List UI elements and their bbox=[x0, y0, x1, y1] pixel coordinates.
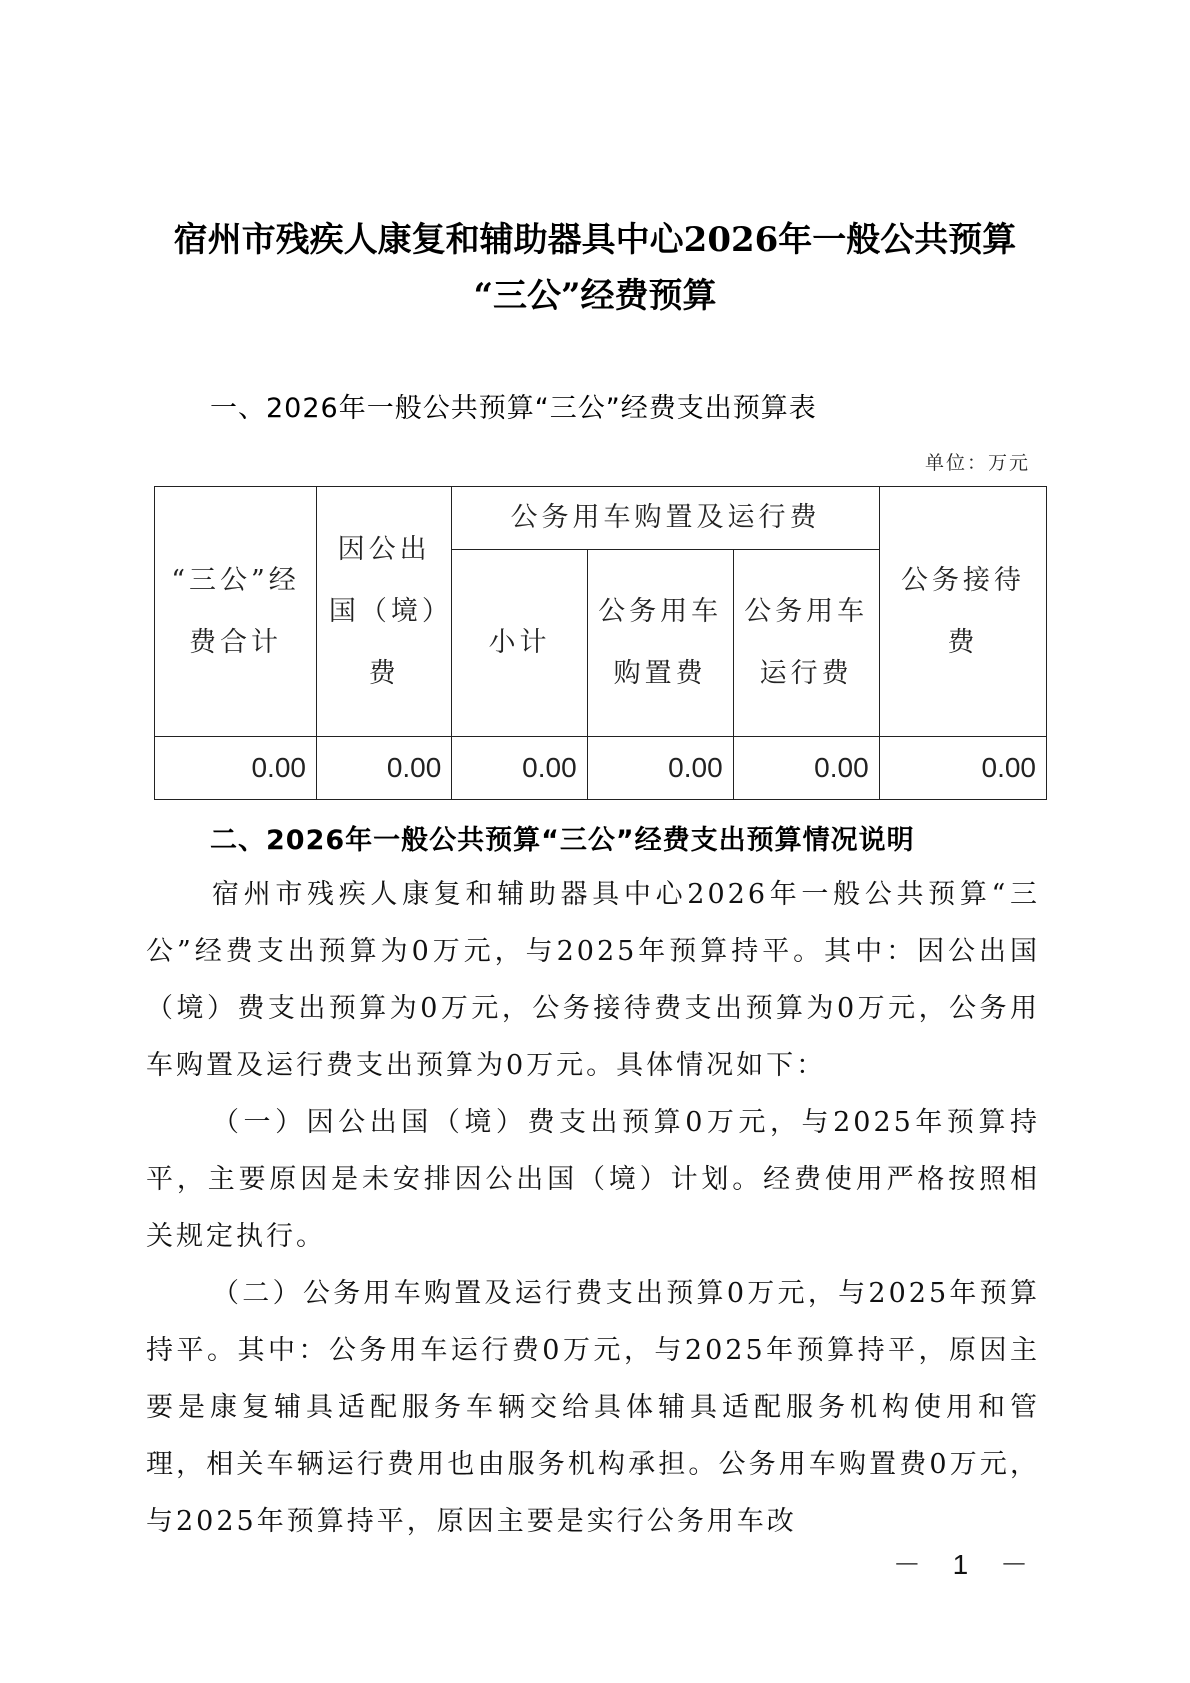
value-vehicle-subtotal: 0.00 bbox=[452, 737, 587, 800]
document-title-line2: “三公”经费预算 bbox=[0, 268, 1190, 317]
header-vehicle-group: 公务用车购置及运行费 bbox=[452, 487, 879, 550]
document-title-line1: 宿州市残疾人康复和辅助器具中心2026年一般公共预算 bbox=[0, 212, 1190, 261]
section1-heading: 一、2026年一般公共预算“三公”经费支出预算表 bbox=[210, 386, 817, 425]
value-overseas: 0.00 bbox=[316, 737, 451, 800]
header-overseas: 因公出国（境）费 bbox=[316, 487, 451, 737]
value-vehicle-purchase: 0.00 bbox=[587, 737, 733, 800]
paragraph-overseas: （一）因公出国（境）费支出预算0万元，与2025年预算持平，主要原因是未安排因公… bbox=[146, 1094, 1040, 1265]
value-reception: 0.00 bbox=[879, 737, 1046, 800]
header-vehicle-subtotal: 小计 bbox=[452, 550, 587, 737]
header-vehicle-operation: 公务用车运行费 bbox=[733, 550, 879, 737]
table-row: 0.00 0.00 0.00 0.00 0.00 0.00 bbox=[155, 737, 1047, 800]
header-reception: 公务接待费 bbox=[879, 487, 1046, 737]
unit-label: 单位：万元 bbox=[925, 448, 1030, 475]
section2-heading: 二、2026年一般公共预算“三公”经费支出预算情况说明 bbox=[210, 818, 915, 857]
value-vehicle-operation: 0.00 bbox=[733, 737, 879, 800]
paragraph-summary: 宿州市残疾人康复和辅助器具中心2026年一般公共预算“三公”经费支出预算为0万元… bbox=[146, 866, 1040, 1094]
header-vehicle-purchase: 公务用车购置费 bbox=[587, 550, 733, 737]
header-total: “三公”经费合计 bbox=[155, 487, 317, 737]
paragraph-vehicle: （二）公务用车购置及运行费支出预算0万元，与2025年预算持平。其中：公务用车运… bbox=[146, 1265, 1040, 1550]
three-public-expense-table: “三公”经费合计 因公出国（境）费 公务用车购置及运行费 公务接待费 小计 公务… bbox=[154, 486, 1047, 800]
value-total: 0.00 bbox=[155, 737, 317, 800]
page-number: － 1 － bbox=[893, 1543, 1040, 1583]
